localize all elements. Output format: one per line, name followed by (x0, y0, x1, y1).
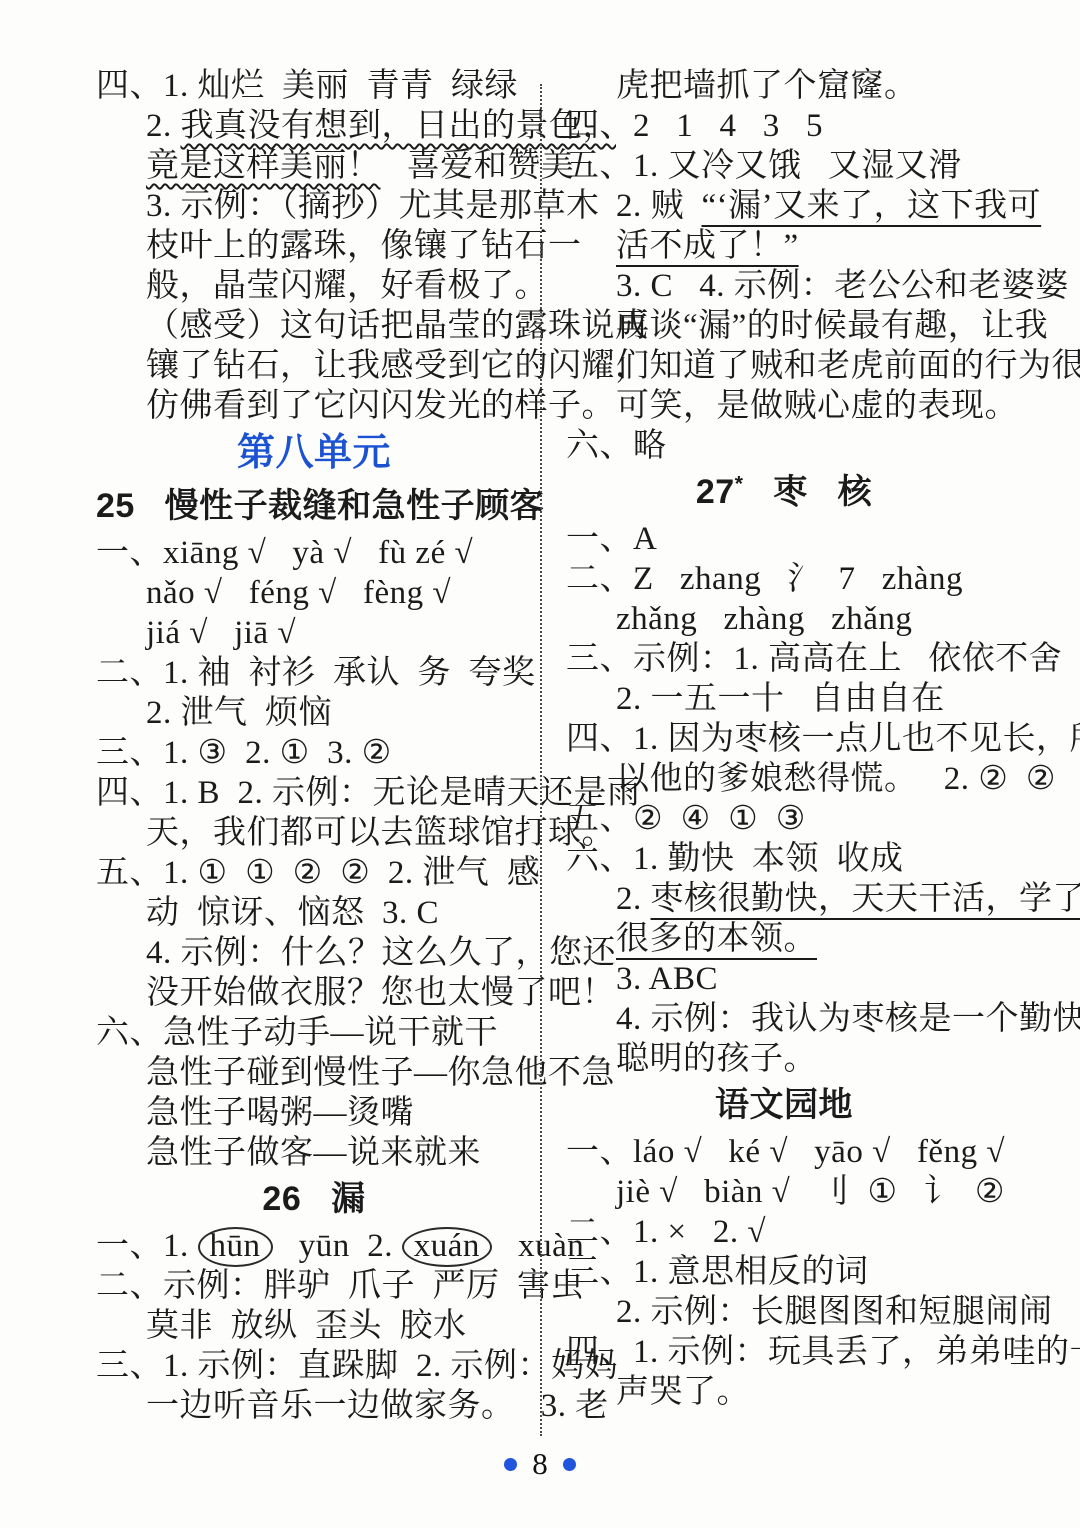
text-run: zhǎng zhàng zhǎng (616, 601, 912, 637)
answer-line: 虎把墙抓了个窟窿。 (566, 66, 1002, 106)
answer-line: jiè √ biàn √ 刂 ① 讠 ② (566, 1172, 1002, 1212)
text-run: 4. 示例：我认为枣核是一个勤快、 (616, 1001, 1080, 1037)
text-run: 五、② ④ ① ③ (566, 801, 806, 837)
answer-line: 六、略 (566, 426, 1002, 466)
answer-line: 五、1. ① ① ② ② 2. 泄气 感 (96, 853, 532, 893)
unit-heading: 第八单元 (96, 426, 532, 480)
underlined-text: “‘漏’又来了，这下我可 (702, 188, 1042, 224)
answer-line: nǎo √ féng √ fèng √ (96, 573, 532, 613)
answer-line: 六、1. 勤快 本领 收成 (566, 839, 1002, 879)
answer-line: 聪明的孩子。 (566, 1039, 1002, 1079)
text-run: 可笑，是做贼心虚的表现。 (616, 388, 1018, 424)
answer-line: 一、A (566, 519, 1002, 559)
text-run: yūn 2. (273, 1228, 402, 1264)
page-number-dot-right (563, 1458, 576, 1471)
text-run: 3. ABC (616, 961, 718, 997)
wavy-underlined-text: 我真没有想到，日出的景色， (181, 108, 617, 144)
text-run: jiè √ biàn √ 刂 ① 讠 ② (616, 1174, 1005, 1210)
answer-line: 天，我们都可以去篮球馆打球。 (96, 813, 532, 853)
answer-line: 莫非 放纵 歪头 胶水 (96, 1306, 532, 1346)
answer-line: 一、xiāng √ yà √ fù zé √ (96, 533, 532, 573)
wavy-underlined-text: 竟是这样美丽！ (146, 148, 381, 184)
answer-line: 2. 一五一十 自由自在 (566, 679, 1002, 719)
text-run: 天，我们都可以去篮球馆打球。 (146, 815, 615, 851)
column-divider (540, 84, 542, 1436)
answer-line: 3. C 4. 示例：老公公和老婆婆 (566, 266, 1002, 306)
lesson-heading: 27* 枣 核 (566, 466, 1002, 519)
answer-line: 一、láo √ ké √ yāo √ fěng √ (566, 1132, 1002, 1172)
answer-line: 以他的爹娘愁得慌。 2. ② ② (566, 759, 1002, 799)
text-run: 急性子碰到慢性子—你急他不急 (146, 1055, 615, 1091)
text-run: 再谈“漏”的时候最有趣，让我 (616, 308, 1048, 344)
text-run: 急性子做客—说来就来 (146, 1135, 481, 1171)
answer-line: 动 惊讶、恼怒 3. C (96, 893, 532, 933)
text-run: 25 慢性子裁缝和急性子顾客 (96, 487, 544, 525)
answer-line: 二、1. × 2. √ (566, 1212, 1002, 1252)
answer-line: 二、示例：胖驴 爪子 严厉 害虫 (96, 1266, 532, 1306)
text-run: 三、1. 意思相反的词 (566, 1254, 869, 1290)
text-run: 六、略 (566, 428, 667, 464)
answer-line: 急性子喝粥—烫嘴 (96, 1093, 532, 1133)
answer-line: 三、1. 意思相反的词 (566, 1252, 1002, 1292)
answer-line: （感受）这句话把晶莹的露珠说成 (96, 306, 532, 346)
text-run: 27 (696, 473, 735, 511)
text-run: 没开始做衣服？您也太慢了吧！ (146, 975, 615, 1011)
answer-line: 竟是这样美丽！ 喜爱和赞美 (96, 146, 532, 186)
text-run: 二、1. 袖 衬衫 承认 务 夸奖 (96, 655, 536, 691)
text-run: 2. (146, 108, 181, 144)
text-run: 一、1. (96, 1228, 198, 1264)
answer-line: 急性子做客—说来就来 (96, 1133, 532, 1173)
answer-line: 六、急性子动手—说干就干 (96, 1013, 532, 1053)
text-run: 三、示例：1. 高高在上 依依不舍 (566, 641, 1062, 677)
text-run: 般，晶莹闪耀，好看极了。 (146, 268, 548, 304)
text-run: 以他的爹娘愁得慌。 2. ② ② (616, 761, 1056, 797)
answer-line: 声哭了。 (566, 1372, 1002, 1412)
answer-line: 一、1. hūn yūn 2. xuán xuàn (96, 1226, 532, 1266)
text-run: 一、láo √ ké √ yāo √ fěng √ (566, 1134, 1005, 1170)
text-run: 四、1. 因为枣核一点儿也不见长，所 (566, 721, 1080, 757)
answer-line: 三、1. 示例：直跺脚 2. 示例：妈妈 (96, 1346, 532, 1386)
answer-line: 4. 示例：什么？这么久了，您还 (96, 933, 532, 973)
text-run: 一、A (566, 521, 657, 557)
text-run: jiá √ jiā √ (146, 615, 296, 651)
text-run: 动 惊讶、恼怒 3. C (146, 895, 439, 931)
answer-line: 再谈“漏”的时候最有趣，让我 (566, 306, 1002, 346)
underlined-text: 枣核很勤快，天天干活，学了 (651, 881, 1080, 917)
answer-line: zhǎng zhàng zhǎng (566, 599, 1002, 639)
text-run: 四、1. B 2. 示例：无论是晴天还是雨 (96, 775, 641, 811)
answer-line: 四、2 1 4 3 5 (566, 106, 1002, 146)
text-run: 枣 核 (743, 473, 872, 511)
text-run: 六、1. 勤快 本领 收成 (566, 841, 904, 877)
text-run: 3. 示例：（摘抄）尤其是那草木 (146, 188, 600, 224)
text-run: 声哭了。 (616, 1374, 750, 1410)
answer-line: 三、1. ③ 2. ① 3. ② (96, 733, 532, 773)
answer-line: 4. 示例：我认为枣核是一个勤快、 (566, 999, 1002, 1039)
answer-line: jiá √ jiā √ (96, 613, 532, 653)
answer-line: 四、1. B 2. 示例：无论是晴天还是雨 (96, 773, 532, 813)
answer-line: 四、1. 示例：玩具丢了，弟弟哇的一 (566, 1332, 1002, 1372)
text-run: 3. C 4. 示例：老公公和老婆婆 (616, 268, 1069, 304)
text-run: 2. 示例：长腿图图和短腿闹闹 (616, 1294, 1053, 1330)
text-run: 三、1. ③ 2. ① 3. ② (96, 735, 392, 771)
text-run: 喜爱和赞美 (381, 148, 575, 184)
text-run: 四、1. 灿烂 美丽 青青 绿绿 (96, 68, 518, 104)
text-run: 2. 贼 (616, 188, 702, 224)
left-column: 四、1. 灿烂 美丽 青青 绿绿2. 我真没有想到，日出的景色，竟是这样美丽！ … (96, 66, 532, 1426)
answer-line: 可笑，是做贼心虚的表现。 (566, 386, 1002, 426)
text-run: 聪明的孩子。 (616, 1041, 817, 1077)
text-run: 虎把墙抓了个窟窿。 (616, 68, 918, 104)
answer-line: 五、1. 又冷又饿 又湿又滑 (566, 146, 1002, 186)
text-run: 一、xiāng √ yà √ fù zé √ (96, 535, 473, 571)
answer-line: 二、Z zhang 氵 7 zhàng (566, 559, 1002, 599)
answer-line: 般，晶莹闪耀，好看极了。 (96, 266, 532, 306)
text-run: 四、2 1 4 3 5 (566, 108, 823, 144)
right-column: 虎把墙抓了个窟窿。四、2 1 4 3 5五、1. 又冷又饿 又湿又滑2. 贼 “… (566, 66, 1002, 1412)
underlined-text: 活不成了！” (616, 228, 799, 264)
text-run: 仿佛看到了它闪闪发光的样子。 (146, 388, 615, 424)
answer-line: 很多的本领。 (566, 919, 1002, 959)
lesson-heading: 26 漏 (96, 1173, 532, 1226)
answer-line: 2. 泄气 烦恼 (96, 693, 532, 733)
text-run: 二、示例：胖驴 爪子 严厉 害虫 (96, 1268, 584, 1304)
text-run: 26 漏 (262, 1180, 365, 1218)
answer-line: 2. 示例：长腿图图和短腿闹闹 (566, 1292, 1002, 1332)
text-run: 五、1. ① ① ② ② 2. 泄气 感 (96, 855, 540, 891)
text-run: 枝叶上的露珠，像镶了钻石一 (146, 228, 582, 264)
answer-line: 四、1. 因为枣核一点儿也不见长，所 (566, 719, 1002, 759)
text-run: nǎo √ féng √ fèng √ (146, 575, 451, 611)
page-footer: 8 (0, 1446, 1080, 1482)
answer-line: 们知道了贼和老虎前面的行为很 (566, 346, 1002, 386)
circled-pinyin: hūn (198, 1227, 273, 1267)
text-run: 2. 泄气 烦恼 (146, 695, 332, 731)
answer-line: 3. 示例：（摘抄）尤其是那草木 (96, 186, 532, 226)
text-run: 第八单元 (237, 432, 391, 474)
text-run: 2. (616, 881, 651, 917)
answer-line: 2. 我真没有想到，日出的景色， (96, 106, 532, 146)
page-number: 8 (532, 1446, 548, 1481)
answer-line: 急性子碰到慢性子—你急他不急 (96, 1053, 532, 1093)
answer-line: 2. 枣核很勤快，天天干活，学了 (566, 879, 1002, 919)
answer-line: 枝叶上的露珠，像镶了钻石一 (96, 226, 532, 266)
answer-line: 3. ABC (566, 959, 1002, 999)
circled-pinyin: xuán (402, 1227, 492, 1267)
text-run: 六、急性子动手—说干就干 (96, 1015, 498, 1051)
text-run: 语文园地 (715, 1086, 853, 1124)
text-run: 四、1. 示例：玩具丢了，弟弟哇的一 (566, 1334, 1080, 1370)
answer-line: 五、② ④ ① ③ (566, 799, 1002, 839)
text-run: 急性子喝粥—烫嘴 (146, 1095, 414, 1131)
text-run: 们知道了贼和老虎前面的行为很 (616, 348, 1080, 384)
text-run: 莫非 放纵 歪头 胶水 (146, 1308, 467, 1344)
underlined-text: 很多的本领。 (616, 921, 817, 957)
text-run: 二、1. × 2. √ (566, 1214, 766, 1250)
answer-line: 一边听音乐一边做家务。 3. 老 (96, 1386, 532, 1426)
answer-line: 没开始做衣服？您也太慢了吧！ (96, 973, 532, 1013)
workbook-answer-page: 四、1. 灿烂 美丽 青青 绿绿2. 我真没有想到，日出的景色，竟是这样美丽！ … (0, 0, 1080, 1528)
answer-line: 活不成了！” (566, 226, 1002, 266)
lesson-heading: 25 慢性子裁缝和急性子顾客 (96, 480, 532, 533)
text-run: 五、1. 又冷又饿 又湿又滑 (566, 148, 962, 184)
text-run: 2. 一五一十 自由自在 (616, 681, 945, 717)
text-run: 4. 示例：什么？这么久了，您还 (146, 935, 616, 971)
lesson-heading: 语文园地 (566, 1079, 1002, 1132)
page-number-dot-left (504, 1458, 517, 1471)
answer-line: 二、1. 袖 衬衫 承认 务 夸奖 (96, 653, 532, 693)
answer-line: 仿佛看到了它闪闪发光的样子。 (96, 386, 532, 426)
text-run: 二、Z zhang 氵 7 zhàng (566, 561, 963, 597)
answer-line: 四、1. 灿烂 美丽 青青 绿绿 (96, 66, 532, 106)
answer-line: 2. 贼 “‘漏’又来了，这下我可 (566, 186, 1002, 226)
answer-line: 三、示例：1. 高高在上 依依不舍 (566, 639, 1002, 679)
answer-line: 镶了钻石，让我感受到它的闪耀， (96, 346, 532, 386)
